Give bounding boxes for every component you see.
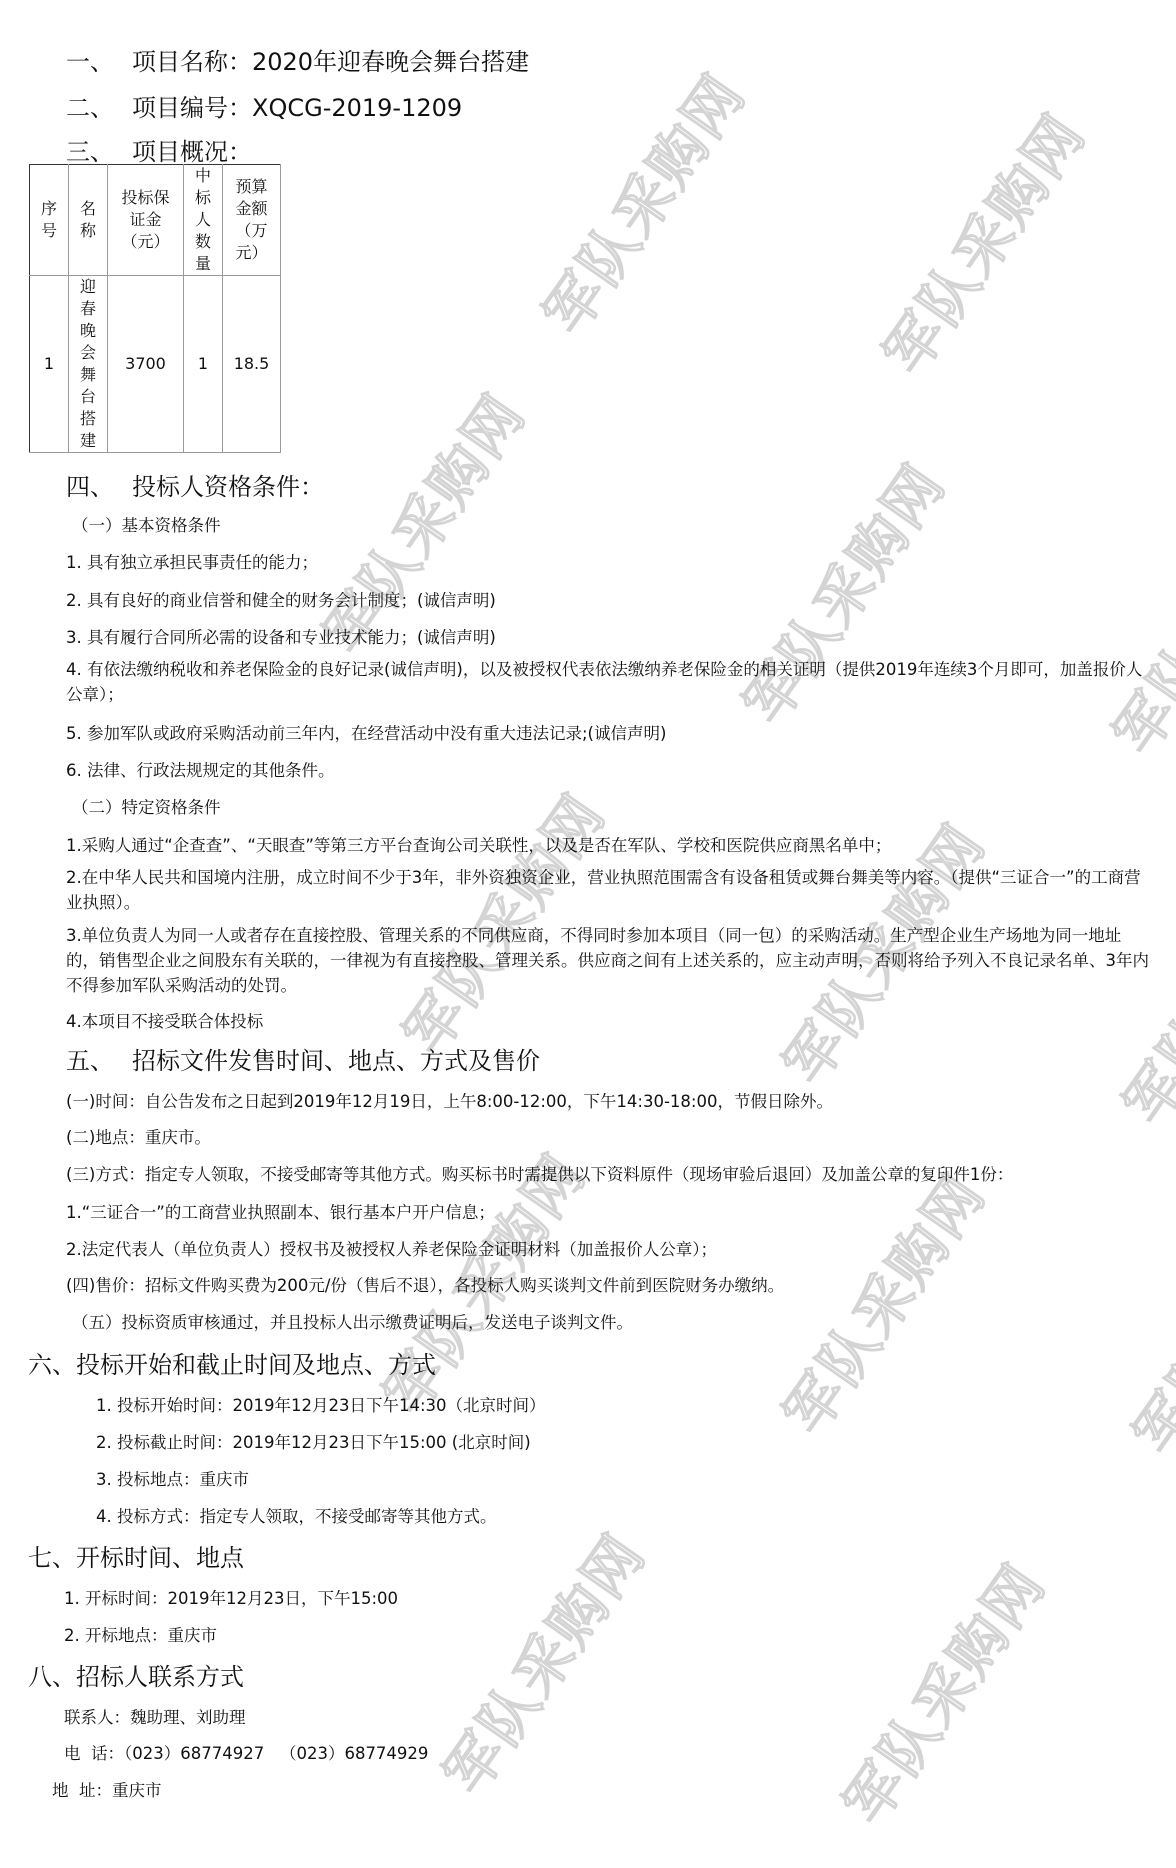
section-bid-time: 六、投标开始和截止时间及地点、方式 [28, 1345, 436, 1380]
special-qual-item: 3.单位负责人为同一人或者存在直接控股、管理关系的不同供应商，不得同时参加本项目… [66, 923, 1151, 998]
basic-qual-item: 3. 具有履行合同所必需的设备和专业技术能力；(诚信声明) [66, 624, 496, 648]
basic-qual-item: 4. 有依法缴纳税收和养老保险金的良好记录(诚信声明)，以及被授权代表依法缴纳养… [66, 657, 1151, 707]
sale-price: (四)售价：招标文件购买费为200元/份（售后不退），各投标人购买谈判文件前到医… [66, 1272, 784, 1296]
cell-deposit: 3700 [108, 276, 184, 453]
col-header-deposit: 投标保 证金 （元） [108, 165, 184, 276]
sale-review: （五）投标资质审核通过，并且投标人出示缴费证明后，发送电子谈判文件。 [72, 1309, 633, 1333]
contact-phone: 电 话：（023）68774927 （023）68774929 [64, 1740, 428, 1764]
opening-item: 1. 开标时间：2019年12月23日，下午15:00 [64, 1585, 398, 1609]
col-header-name: 名称 [69, 165, 108, 276]
special-qual-title: （二）特定资格条件 [72, 794, 221, 818]
project-name-value: 2020年迎春晚会舞台搭建 [252, 48, 529, 76]
col-header-winners: 中标人数量 [184, 165, 223, 276]
special-qual-item: 4.本项目不接受联合体投标 [66, 1008, 263, 1032]
sale-doc-item: 1.“三证合一”的工商营业执照副本、银行基本户开户信息； [66, 1199, 495, 1223]
cell-name: 迎春晚会舞台搭建 [69, 276, 108, 453]
table-header-row: 序号 名称 投标保 证金 （元） 中标人数量 预算 金额 （万 元） [30, 165, 281, 276]
contact-address: 地 址：重庆市 [52, 1777, 162, 1801]
special-qual-item: 1.采购人通过“企查查”、“天眼查”等第三方平台查询公司关联性，以及是否在军队、… [66, 832, 891, 856]
contact-person: 联系人：魏助理、刘助理 [64, 1704, 246, 1728]
sale-method: (三)方式：指定专人领取，不接受邮寄等其他方式。购买标书时需提供以下资料原件（现… [66, 1161, 1013, 1185]
project-number-value: XQCG-2019-1209 [252, 94, 462, 122]
cell-seq: 1 [30, 276, 69, 453]
sale-place: (二)地点：重庆市。 [66, 1124, 211, 1148]
section-project-name: 一、项目名称：2020年迎春晚会舞台搭建 [66, 42, 529, 77]
bid-item: 2. 投标截止时间：2019年12月23日下午15:00 (北京时间) [96, 1429, 531, 1453]
basic-qual-item: 1. 具有独立承担民事责任的能力； [66, 549, 318, 573]
section-qualifications: 四、投标人资格条件： [66, 467, 324, 502]
bid-item: 4. 投标方式：指定专人领取，不接受邮寄等其他方式。 [96, 1503, 497, 1527]
section-doc-sale: 五、招标文件发售时间、地点、方式及售价 [66, 1041, 540, 1076]
bid-item: 3. 投标地点：重庆市 [96, 1466, 249, 1490]
bid-item: 1. 投标开始时间：2019年12月23日下午14:30（北京时间） [96, 1392, 546, 1416]
section-project-overview: 三、项目概况： [66, 132, 252, 167]
section-opening: 七、开标时间、地点 [28, 1538, 244, 1573]
special-qual-item: 2.在中华人民共和国境内注册，成立时间不少于3年，非外资独资企业，营业执照范围需… [66, 865, 1151, 915]
document-page: 一、项目名称：2020年迎春晚会舞台搭建 二、项目编号：XQCG-2019-12… [0, 0, 1176, 1868]
cell-winners: 1 [184, 276, 223, 453]
section-project-number: 二、项目编号：XQCG-2019-1209 [66, 88, 462, 123]
col-header-seq: 序号 [30, 165, 69, 276]
table-row: 1 迎春晚会舞台搭建 3700 1 18.5 [30, 276, 281, 453]
opening-item: 2. 开标地点：重庆市 [64, 1622, 217, 1646]
basic-qual-title: （一）基本资格条件 [72, 512, 221, 536]
basic-qual-item: 2. 具有良好的商业信誉和健全的财务会计制度；(诚信声明) [66, 587, 496, 611]
cell-budget: 18.5 [223, 276, 281, 453]
sale-time: (一)时间：自公告发布之日起到2019年12月19日，上午8:00-12:00，… [66, 1088, 833, 1112]
basic-qual-item: 6. 法律、行政法规规定的其他条件。 [66, 757, 335, 781]
project-table: 序号 名称 投标保 证金 （元） 中标人数量 预算 金额 （万 元） 1 迎春晚… [29, 164, 281, 453]
sale-doc-item: 2.法定代表人（单位负责人）授权书及被授权人养老保险金证明材料（加盖报价人公章）… [66, 1236, 717, 1260]
basic-qual-item: 5. 参加军队或政府采购活动前三年内，在经营活动中没有重大违法记录;(诚信声明) [66, 720, 666, 744]
col-header-budget: 预算 金额 （万 元） [223, 165, 281, 276]
section-contact: 八、招标人联系方式 [28, 1657, 244, 1692]
